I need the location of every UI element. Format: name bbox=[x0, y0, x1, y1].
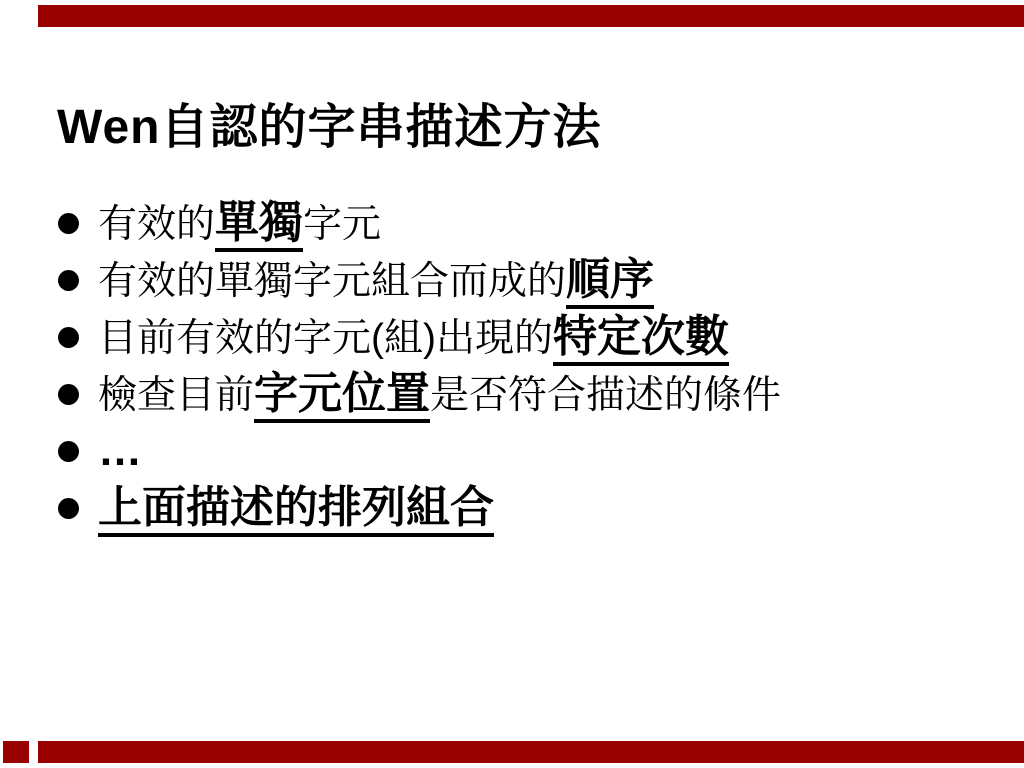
list-item: 上面描述的排列組合 bbox=[58, 479, 1014, 536]
slide: Wen自認的字串描述方法 有效的單獨字元有效的單獨字元組合而成的順序目前有效的字… bbox=[0, 0, 1024, 768]
bullet-text: 有效的單獨字元組合而成的順序 bbox=[98, 258, 654, 302]
text-run: … bbox=[98, 426, 142, 475]
text-run: 有效的單獨字元組合而成的 bbox=[98, 260, 566, 303]
bullet-icon bbox=[58, 441, 79, 462]
slide-title: Wen自認的字串描述方法 bbox=[57, 88, 601, 157]
list-item: 檢查目前字元位置是否符合描述的條件 bbox=[58, 365, 1014, 422]
text-run: 上面描述的排列組合 bbox=[98, 483, 494, 537]
text-run: 字元位置 bbox=[254, 369, 430, 423]
list-item: 有效的單獨字元 bbox=[58, 194, 1014, 251]
bullet-text: 目前有效的字元(組)出現的特定次數 bbox=[98, 315, 729, 359]
text-run: 單獨 bbox=[215, 198, 303, 252]
text-run: 檢查目前 bbox=[98, 374, 254, 417]
bullet-icon bbox=[58, 270, 79, 291]
text-run: 特定次數 bbox=[553, 312, 729, 366]
bullet-icon bbox=[58, 498, 79, 519]
list-item: 目前有效的字元(組)出現的特定次數 bbox=[58, 308, 1014, 365]
bullet-text: 上面描述的排列組合 bbox=[98, 486, 494, 530]
bottom-left-accent-square bbox=[3, 741, 29, 763]
bullet-icon bbox=[58, 384, 79, 405]
bullet-text: … bbox=[98, 429, 142, 473]
list-item: 有效的單獨字元組合而成的順序 bbox=[58, 251, 1014, 308]
text-run: 順序 bbox=[566, 255, 654, 309]
top-accent-bar bbox=[38, 5, 1024, 27]
bottom-accent-bar bbox=[38, 741, 1024, 763]
list-item: … bbox=[58, 422, 1014, 479]
text-run: 字元 bbox=[303, 203, 381, 246]
bullet-icon bbox=[58, 327, 79, 348]
bullet-text: 有效的單獨字元 bbox=[98, 201, 381, 245]
text-run: 有效的 bbox=[98, 203, 215, 246]
text-run: 目前有效的字元(組)出現的 bbox=[98, 317, 553, 360]
bullet-list: 有效的單獨字元有效的單獨字元組合而成的順序目前有效的字元(組)出現的特定次數檢查… bbox=[58, 194, 1014, 536]
text-run: 是否符合描述的條件 bbox=[430, 374, 781, 417]
bullet-text: 檢查目前字元位置是否符合描述的條件 bbox=[98, 372, 781, 416]
bullet-icon bbox=[58, 213, 79, 234]
